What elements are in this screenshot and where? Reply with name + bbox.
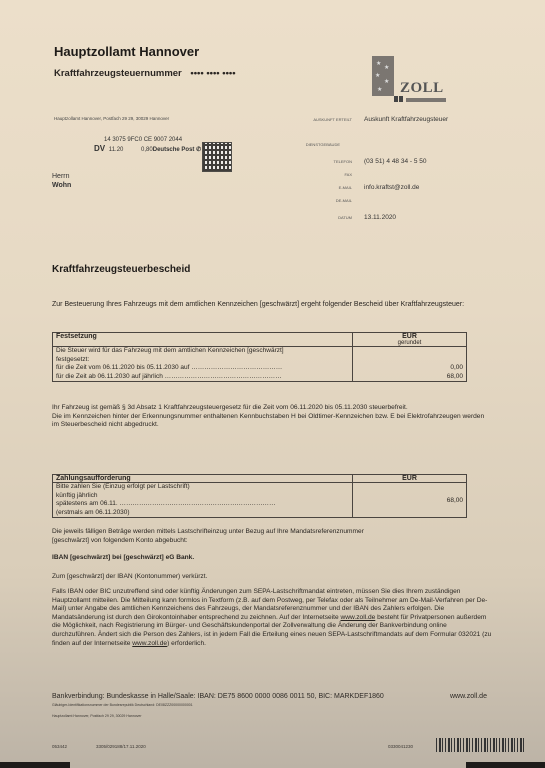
- franking-code: 14 3075 9FC0 CE 9007 2044: [94, 137, 201, 143]
- background-edge-right: [466, 762, 545, 768]
- exemption-note: Ihr Fahrzeug ist gemäß § 3d Absatz 1 Kra…: [52, 404, 492, 430]
- zoll-website-link-2[interactable]: www.zoll.de: [132, 640, 167, 647]
- footer-code-2: 3305/029188/17.11.2020: [96, 744, 146, 749]
- info-row-datum: Datum 13.11.2020: [300, 214, 448, 223]
- zahlung-amount: 68,00: [353, 483, 467, 518]
- intro-text: Zur Besteuerung Ihres Fahrzeugs mit dem …: [52, 300, 472, 309]
- zahlung-header: Zahlungsaufforderung: [53, 475, 353, 483]
- background-edge-left: [0, 762, 70, 768]
- footer-website[interactable]: www.zoll.de: [450, 693, 487, 700]
- office-name: Hauptzollamt Hannover: [54, 44, 199, 59]
- zoll-logo: ★★ ★★ ★ ZOLL: [372, 56, 452, 104]
- info-row-fax: Fax: [300, 171, 448, 180]
- franking-date: 11.20: [109, 147, 124, 153]
- franking-dv: DV: [94, 144, 105, 153]
- bank-details: Bankverbindung: Bundeskasse in Halle/Saa…: [52, 693, 384, 700]
- iban-line: IBAN [geschwärzt] bei [geschwärzt] eG Ba…: [52, 554, 492, 563]
- zahlung-body: Bitte zahlen Sie (Einzug erfolgt per Las…: [53, 483, 353, 518]
- recipient-salutation: Herrn: [52, 172, 71, 181]
- contact-info: Auskunft erteilt Auskunft Kraftfahrzeugs…: [300, 116, 448, 227]
- change-notice: Falls IBAN oder BIC unzutreffend sind od…: [52, 588, 492, 648]
- franking-postage: 0,80: [141, 147, 153, 153]
- zoll-website-link[interactable]: www.zoll.de: [340, 614, 375, 621]
- info-row-telefon: Telefon (03 51) 4 48 34 - 5 50: [300, 158, 448, 167]
- info-row-demail: De-Mail: [300, 197, 448, 206]
- sender-line: Hauptzollamt Hannover, Postfach 29 29, 3…: [54, 116, 169, 121]
- franking-carrier: Deutsche Post: [153, 147, 195, 153]
- info-row-auskunft: Auskunft erteilt Auskunft Kraftfahrzeugs…: [300, 116, 448, 125]
- zahlungsaufforderung-table: Zahlungsaufforderung EUR Bitte zahlen Si…: [52, 474, 467, 518]
- tax-number-label: Kraftfahrzeugsteuernummer: [54, 68, 182, 79]
- tax-number-value: •••• •••• ••••: [190, 68, 235, 79]
- table-row: für die Zeit ab 06.11.2030 auf jährlich …: [56, 373, 349, 382]
- footer-code-1: 053442: [52, 744, 67, 749]
- info-row-dienstgebaeude: Dienstgebäude: [300, 141, 448, 150]
- recipient-line: Wohn: [52, 181, 71, 190]
- zahlung-currency: EUR: [353, 475, 467, 483]
- footer-code-3: 0330041230: [388, 744, 413, 749]
- post-horn-icon: ✆: [196, 147, 201, 153]
- festsetzung-values: 0,00 68,00: [353, 347, 467, 382]
- iban-shortened-note: Zum [geschwärzt] der IBAN (Kontonummer) …: [52, 573, 492, 582]
- info-row-email: E-Mail info.kraftst@zoll.de: [300, 184, 448, 193]
- footer-address: Hauptzollamt Hannover, Postfach 29 29, 3…: [52, 714, 142, 718]
- document-title: Kraftfahrzeugsteuerbescheid: [52, 264, 190, 275]
- sepa-debit-note: Die jeweils fälligen Beträge werden mitt…: [52, 528, 492, 545]
- table-row: für die Zeit vom 06.11.2020 bis 05.11.20…: [56, 364, 349, 373]
- festsetzung-currency: EUR gerundet: [353, 333, 467, 347]
- festsetzung-body: Die Steuer wird für das Fahrzeug mit dem…: [53, 347, 353, 382]
- creditor-id: Gläubiger-Identifikationsnummer der Bund…: [52, 703, 193, 707]
- zoll-eagle-flag-icon: ★★ ★★ ★: [372, 56, 394, 96]
- festsetzung-table: Festsetzung EUR gerundet Die Steuer wird…: [52, 332, 467, 382]
- postage-franking: 14 3075 9FC0 CE 9007 2044 DV 11.20 0,80D…: [94, 137, 201, 153]
- logo-text: ZOLL: [400, 80, 444, 97]
- festsetzung-header: Festsetzung: [53, 333, 353, 347]
- datamatrix-code: [202, 142, 232, 172]
- recipient-address: Herrn Wohn: [52, 172, 71, 190]
- barcode: [436, 738, 524, 752]
- tax-number: Kraftfahrzeugsteuernummer •••• •••• ••••: [54, 68, 236, 79]
